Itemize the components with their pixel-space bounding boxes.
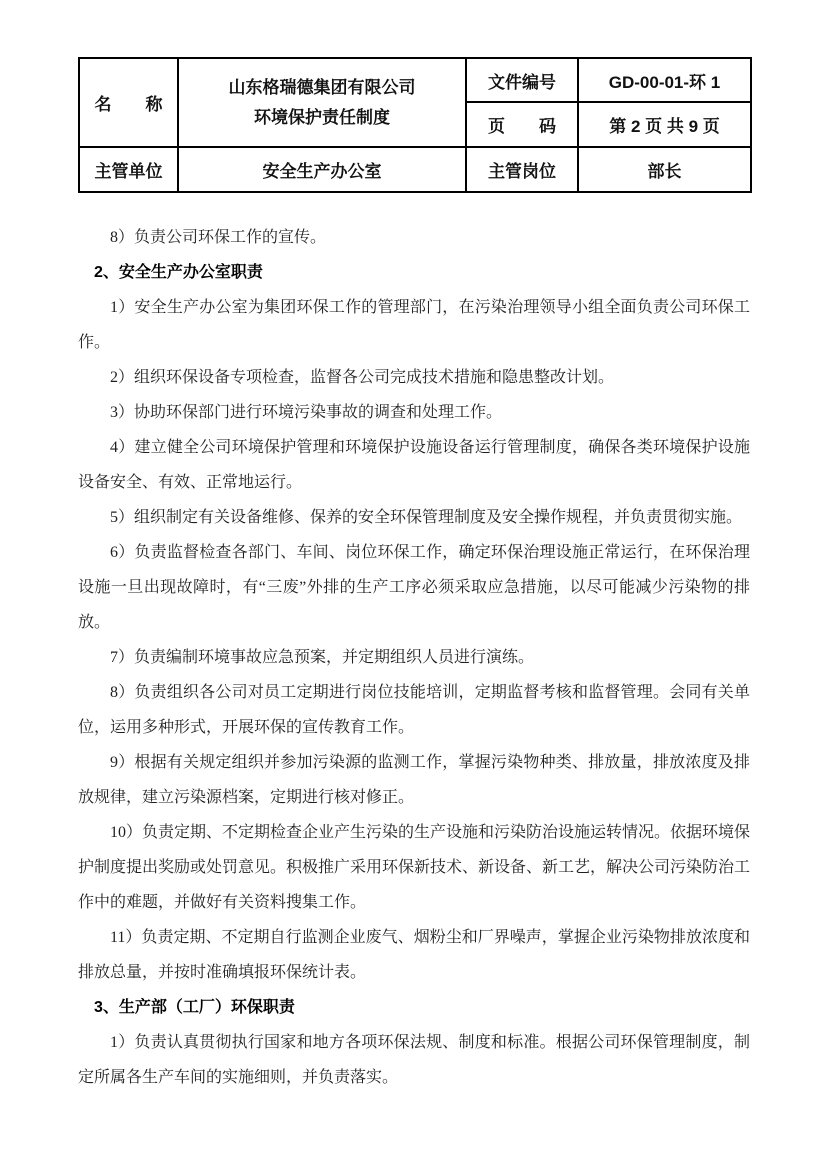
position-label-cell: 主管岗位 — [466, 147, 578, 192]
body-paragraph: 8）负责公司环保工作的宣传。 — [78, 220, 750, 255]
document-page: 名 称 山东格瑞德集团有限公司 环境保护责任制度 文件编号 GD-00-01-环… — [0, 0, 827, 1169]
body-paragraph: 10）负责定期、不定期检查企业产生污染的生产设施和污染防治设施运转情况。依据环境… — [78, 815, 750, 920]
unit-label-cell: 主管单位 — [79, 147, 178, 192]
company-name: 山东格瑞德集团有限公司 — [181, 73, 463, 103]
unit-value-cell: 安全生产办公室 — [178, 147, 466, 192]
section-heading: 3、生产部（工厂）环保职责 — [78, 990, 750, 1025]
body-paragraph: 8）负责组织各公司对员工定期进行岗位技能培训，定期监督考核和监督管理。会同有关单… — [78, 675, 750, 745]
name-label-cell: 名 称 — [79, 58, 178, 147]
body-paragraph: 1）安全生产办公室为集团环保工作的管理部门，在污染治理领导小组全面负责公司环保工… — [78, 290, 750, 360]
body-paragraph: 9）根据有关规定组织并参加污染源的监测工作，掌握污染物种类、排放量，排放浓度及排… — [78, 745, 750, 815]
position-value-cell: 部长 — [578, 147, 751, 192]
body-paragraph: 1）负责认真贯彻执行国家和地方各项环保法规、制度和标准。根据公司环保管理制度，制… — [78, 1025, 750, 1095]
doc-number-label-cell: 文件编号 — [466, 58, 578, 102]
document-title: 环境保护责任制度 — [181, 103, 463, 133]
body-paragraph: 4）建立健全公司环境保护管理和环境保护设施设备运行管理制度，确保各类环境保护设施… — [78, 430, 750, 500]
body-paragraph: 3）协助环保部门进行环境污染事故的调查和处理工作。 — [78, 395, 750, 430]
document-header-table: 名 称 山东格瑞德集团有限公司 环境保护责任制度 文件编号 GD-00-01-环… — [78, 57, 752, 193]
body-paragraph: 6）负责监督检查各部门、车间、岗位环保工作，确定环保治理设施正常运行，在环保治理… — [78, 535, 750, 640]
section-heading: 2、安全生产办公室职责 — [78, 255, 750, 290]
body-paragraph: 2）组织环保设备专项检查，监督各公司完成技术措施和隐患整改计划。 — [78, 360, 750, 395]
page-value-cell: 第 2 页 共 9 页 — [578, 102, 751, 147]
body-paragraph: 11）负责定期、不定期自行监测企业废气、烟粉尘和厂界噪声，掌握企业污染物排放浓度… — [78, 920, 750, 990]
document-body: 8）负责公司环保工作的宣传。 2、安全生产办公室职责 1）安全生产办公室为集团环… — [78, 220, 750, 1095]
body-paragraph: 5）组织制定有关设备维修、保养的安全环保管理制度及安全操作规程，并负责贯彻实施。 — [78, 500, 750, 535]
body-paragraph: 7）负责编制环境事故应急预案，并定期组织人员进行演练。 — [78, 640, 750, 675]
document-title-cell: 山东格瑞德集团有限公司 环境保护责任制度 — [178, 58, 466, 147]
doc-number-value-cell: GD-00-01-环 1 — [578, 58, 751, 102]
page-label-cell: 页 码 — [466, 102, 578, 147]
